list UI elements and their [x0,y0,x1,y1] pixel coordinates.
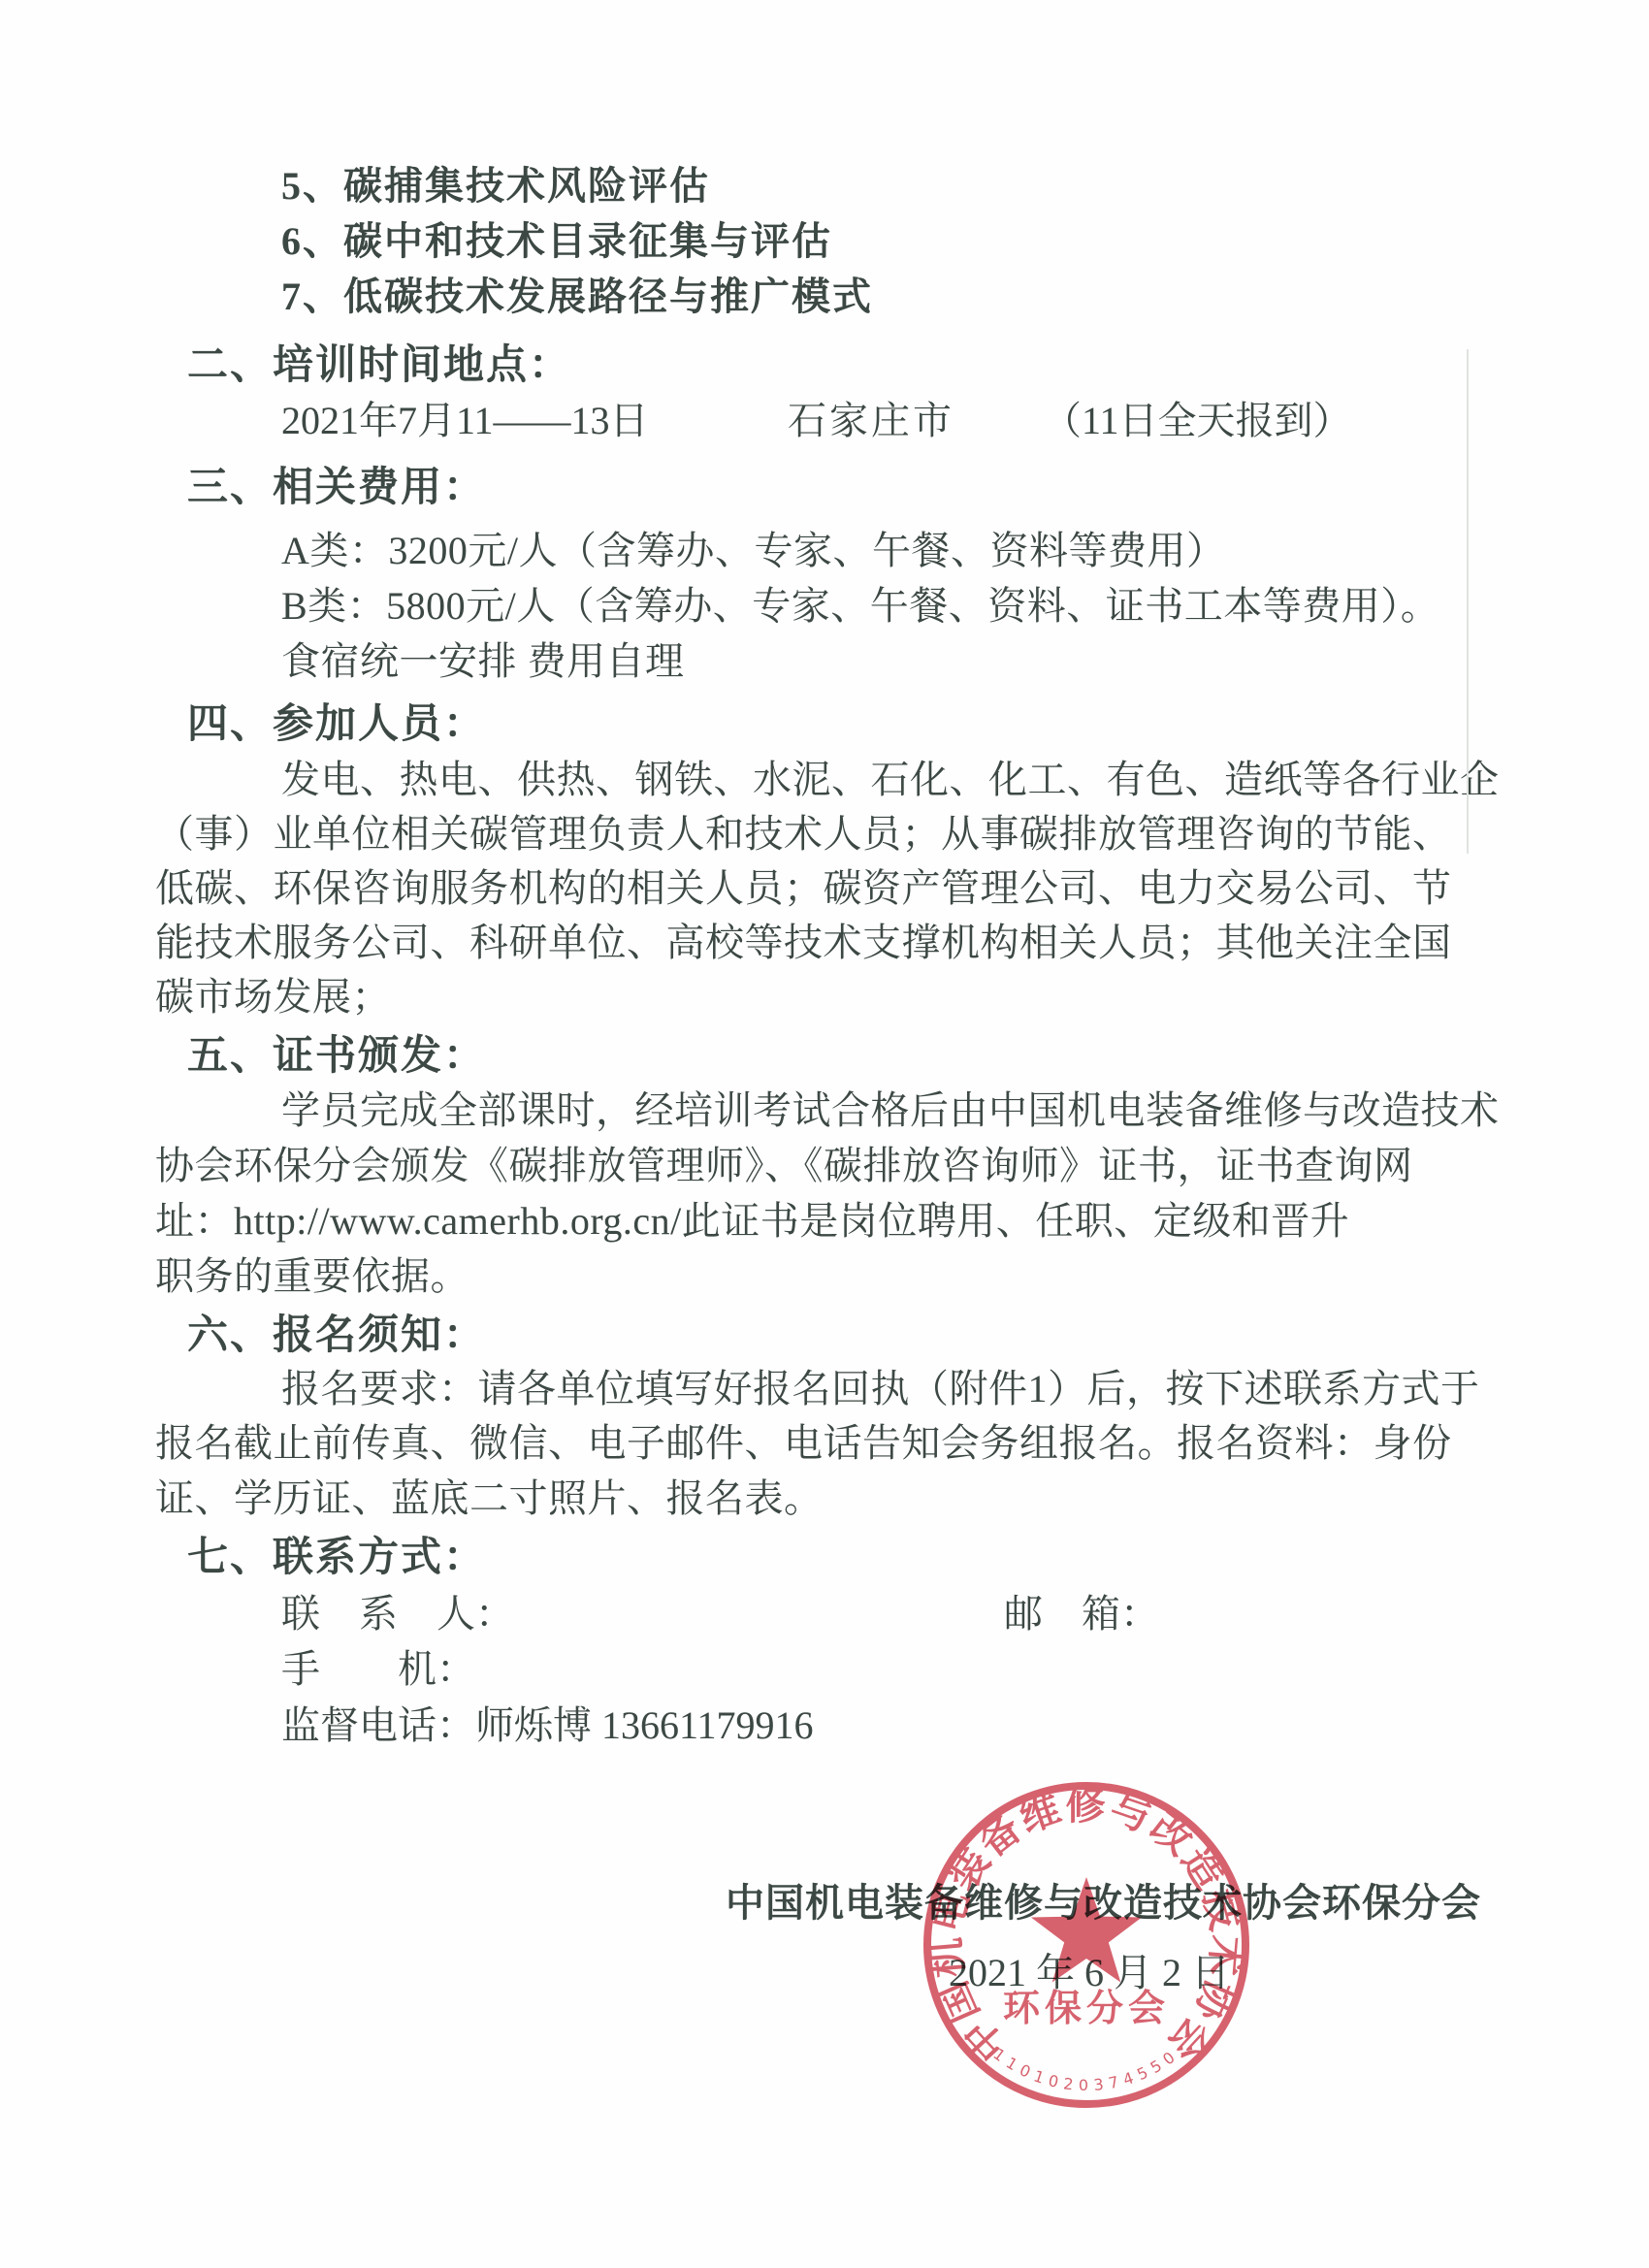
seal-star-icon [1031,1877,1142,1983]
contact-mobile-label: 手 机： [281,1648,475,1691]
seal-branch-text: 环保分会 [1003,1989,1170,2029]
fee-class-b: B类：5800元/人（含筹办、专家、午餐、资料、证书工本等费用）。 [281,585,1439,628]
training-city: 石家庄市 [788,400,954,442]
agenda-item-7: 7、低碳技术发展路径与推广模式 [281,275,873,318]
official-seal-stamp: 中国机电装备维修与改造技术协会 环保分会 1101020374550 [912,1770,1261,2120]
participants-line-1: 发电、热电、供热、钢铁、水泥、石化、化工、有色、造纸等各行业企 [281,759,1500,801]
contact-email-label: 邮 箱： [1004,1593,1159,1636]
contact-person-label: 联 系 人： [281,1593,514,1636]
certificate-line-2: 协会环保分会颁发《碳排放管理师》、《碳排放咨询师》证书，证书查询网 [155,1145,1413,1187]
certificate-line-1: 学员完成全部课时，经培训考试合格后由中国机电装备维修与改造技术 [281,1089,1500,1132]
section-heading-participants: 四、参加人员： [187,702,486,747]
agenda-item-5: 5、碳捕集技术风险评估 [281,165,710,208]
training-date-range: 2021年7月11——13日 [281,400,649,442]
section-heading-fees: 三、相关费用： [187,466,486,510]
signup-line-2: 报名截止前传真、微信、电子邮件、电话告知会务组报名。报名资料：身份 [155,1422,1452,1465]
participants-line-2: （事）业单位相关碳管理负责人和技术人员；从事碳排放管理咨询的节能、 [155,813,1452,856]
signup-line-1: 报名要求：请各单位填写好报名回执（附件1）后，按下述联系方式于 [281,1368,1480,1410]
certificate-line-3: 址：http://www.camerhb.org.cn/此证书是岗位聘用、任职、… [155,1200,1349,1243]
section-heading-signup: 六、报名须知： [187,1313,486,1358]
checkin-note: （11日全天报到） [1043,400,1352,442]
agenda-item-6: 6、碳中和技术目录征集与评估 [281,220,832,263]
section-heading-time-place: 二、培训时间地点： [187,343,571,388]
participants-line-4: 能技术服务公司、科研单位、高校等技术支撑机构相关人员；其他关注全国 [155,922,1452,964]
certificate-line-4: 职务的重要依据。 [155,1255,469,1298]
supervision-phone-line: 监督电话：师烁博 13661179916 [281,1704,814,1747]
signup-line-3: 证、学历证、蓝底二寸照片、报名表。 [155,1477,824,1520]
participants-line-5: 碳市场发展； [155,976,391,1019]
fee-board-note: 食宿统一安排 费用自理 [281,640,685,683]
participants-line-3: 低碳、环保咨询服务机构的相关人员；碳资产管理公司、电力交易公司、节 [155,867,1452,910]
scan-edge-line [1467,349,1469,854]
fee-class-a: A类：3200元/人（含筹办、专家、午餐、资料等费用） [281,530,1226,572]
section-heading-certificate: 五、证书颁发： [187,1034,486,1079]
scanned-document-page: 5、碳捕集技术风险评估 6、碳中和技术目录征集与评估 7、低碳技术发展路径与推广… [0,0,1649,2268]
section-heading-contact: 七、联系方式： [187,1536,486,1580]
